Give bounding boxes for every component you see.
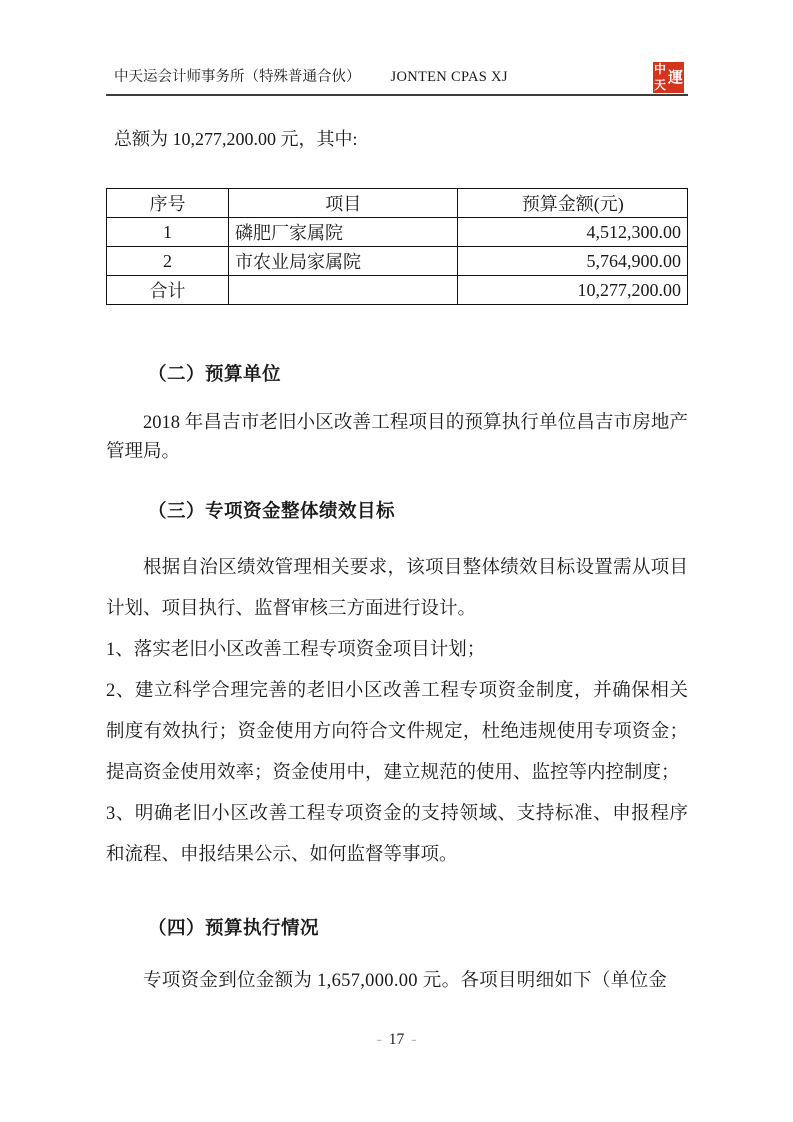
firm-name-cn: 中天运会计师事务所（特殊普通合伙）	[114, 65, 361, 86]
col-header-no: 序号	[107, 189, 229, 218]
table-row: 1 磷肥厂家属院 4,512,300.00	[107, 218, 688, 247]
page-header: 中天运会计师事务所（特殊普通合伙） JONTEN CPAS XJ	[106, 0, 688, 96]
row-no: 2	[107, 247, 229, 276]
page-number: 17	[389, 1031, 405, 1048]
paragraph-budget-execution: 专项资金到位金额为 1,657,000.00 元。各项目明细如下（单位金	[106, 967, 688, 996]
section-heading-budget-execution: （四）预算执行情况	[106, 914, 688, 940]
total-amount: 10,277,200.00	[458, 276, 688, 305]
row-amount: 4,512,300.00	[458, 218, 688, 247]
page-footer: -17-	[0, 1031, 793, 1049]
paragraph-budget-unit: 2018 年昌吉市老旧小区改善工程项目的预算执行单位昌吉市房地产管理局。	[106, 409, 688, 467]
seal-right-column: 運	[668, 63, 683, 92]
list-item-2: 2、建立科学合理完善的老旧小区改善工程专项资金制度，并确保相关制度有效执行；资金…	[106, 671, 688, 794]
seal-char-yun: 運	[668, 70, 683, 85]
table-row: 2 市农业局家属院 5,764,900.00	[107, 247, 688, 276]
firm-name-en: JONTEN CPAS XJ	[391, 69, 508, 86]
section-heading-performance-goals: （三）专项资金整体绩效目标	[106, 497, 688, 523]
seal-char-tian: 天	[654, 79, 666, 92]
row-item: 磷肥厂家属院	[229, 218, 458, 247]
seal-left-column: 中 天	[654, 63, 666, 92]
paragraph-performance-intro: 根据自治区绩效管理相关要求，该项目整体绩效目标设置需从项目计划、项目执行、监督审…	[106, 548, 688, 630]
row-amount: 5,764,900.00	[458, 247, 688, 276]
budget-table: 序号 项目 预算金额(元) 1 磷肥厂家属院 4,512,300.00 2 市农…	[106, 188, 688, 305]
total-item	[229, 276, 458, 305]
list-item-3: 3、明确老旧小区改善工程专项资金的支持领域、支持标准、申报程序和流程、申报结果公…	[106, 794, 688, 876]
list-item-1: 1、落实老旧小区改善工程专项资金项目计划；	[106, 630, 688, 671]
firm-seal-logo: 中 天 運	[653, 62, 684, 93]
footer-dash-right: -	[404, 1031, 423, 1048]
row-item: 市农业局家属院	[229, 247, 458, 276]
seal-char-zhong: 中	[654, 63, 666, 76]
col-header-item: 项目	[229, 189, 458, 218]
total-label: 合计	[107, 276, 229, 305]
table-header-row: 序号 项目 预算金额(元)	[107, 189, 688, 218]
total-amount-line: 总额为 10,277,200.00 元，其中:	[114, 125, 688, 151]
section-performance-body: 根据自治区绩效管理相关要求，该项目整体绩效目标设置需从项目计划、项目执行、监督审…	[106, 548, 688, 876]
col-header-amount: 预算金额(元)	[458, 189, 688, 218]
document-page: 中天运会计师事务所（特殊普通合伙） JONTEN CPAS XJ 总额为 10,…	[0, 0, 793, 1122]
row-no: 1	[107, 218, 229, 247]
table-total-row: 合计 10,277,200.00	[107, 276, 688, 305]
section-heading-budget-unit: （二）预算单位	[106, 360, 688, 386]
footer-dash-left: -	[370, 1031, 389, 1048]
